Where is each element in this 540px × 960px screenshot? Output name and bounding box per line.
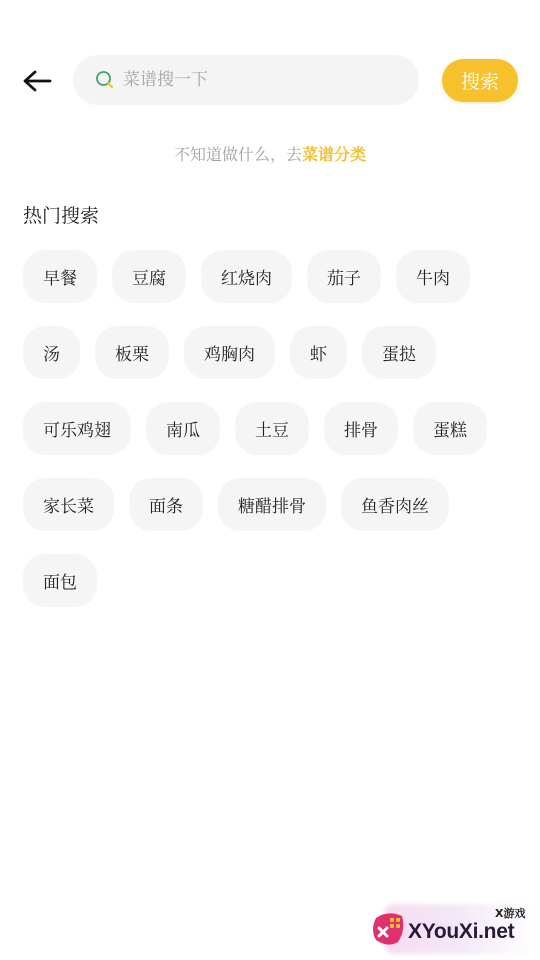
hot-search-chip[interactable]: 面包 <box>23 554 97 607</box>
back-button[interactable] <box>20 64 54 98</box>
hot-search-chip[interactable]: 蛋糕 <box>413 402 487 455</box>
search-icon <box>95 70 115 90</box>
hot-search-chip[interactable]: 早餐 <box>23 250 97 303</box>
hot-search-chip[interactable]: 面条 <box>129 478 203 531</box>
hot-search-chip[interactable]: 可乐鸡翅 <box>23 402 131 455</box>
hot-search-chip[interactable]: 豆腐 <box>112 250 186 303</box>
hot-search-chip[interactable]: 虾 <box>290 326 347 379</box>
search-box[interactable] <box>73 55 419 105</box>
hot-search-chip[interactable]: 茄子 <box>307 250 381 303</box>
hot-search-chip[interactable]: 鱼香肉丝 <box>341 478 449 531</box>
hot-search-chip[interactable]: 板栗 <box>95 326 169 379</box>
recipe-category-link[interactable]: 菜谱分类 <box>302 145 366 164</box>
watermark-logo: XYouXi.net X游戏 <box>368 900 540 960</box>
category-hint: 不知道做什么，去菜谱分类 <box>0 142 540 165</box>
hot-search-chip[interactable]: 糖醋排骨 <box>218 478 326 531</box>
hot-search-chip[interactable]: 排骨 <box>324 402 398 455</box>
search-button[interactable]: 搜索 <box>442 59 518 102</box>
hot-search-title: 热门搜索 <box>23 201 99 228</box>
hot-search-chip[interactable]: 南瓜 <box>146 402 220 455</box>
hint-text: 不知道做什么，去 <box>174 145 302 164</box>
hot-search-chip[interactable]: 土豆 <box>235 402 309 455</box>
hot-search-chip[interactable]: 鸡胸肉 <box>184 326 275 379</box>
hot-search-chip[interactable]: 牛肉 <box>396 250 470 303</box>
watermark-subtext: X游戏 <box>495 905 525 921</box>
gamepad-icon <box>370 908 406 948</box>
arrow-left-icon <box>22 69 52 93</box>
watermark-text: XYouXi.net <box>408 920 514 944</box>
hot-search-chip[interactable]: 蛋挞 <box>362 326 436 379</box>
hot-search-chip[interactable]: 家长菜 <box>23 478 114 531</box>
hot-search-list: 早餐 豆腐 红烧肉 茄子 牛肉 汤 板栗 鸡胸肉 虾 蛋挞 可乐鸡翅 南瓜 土豆… <box>23 250 523 607</box>
search-input[interactable] <box>121 69 405 91</box>
hot-search-chip[interactable]: 汤 <box>23 326 80 379</box>
hot-search-chip[interactable]: 红烧肉 <box>201 250 292 303</box>
